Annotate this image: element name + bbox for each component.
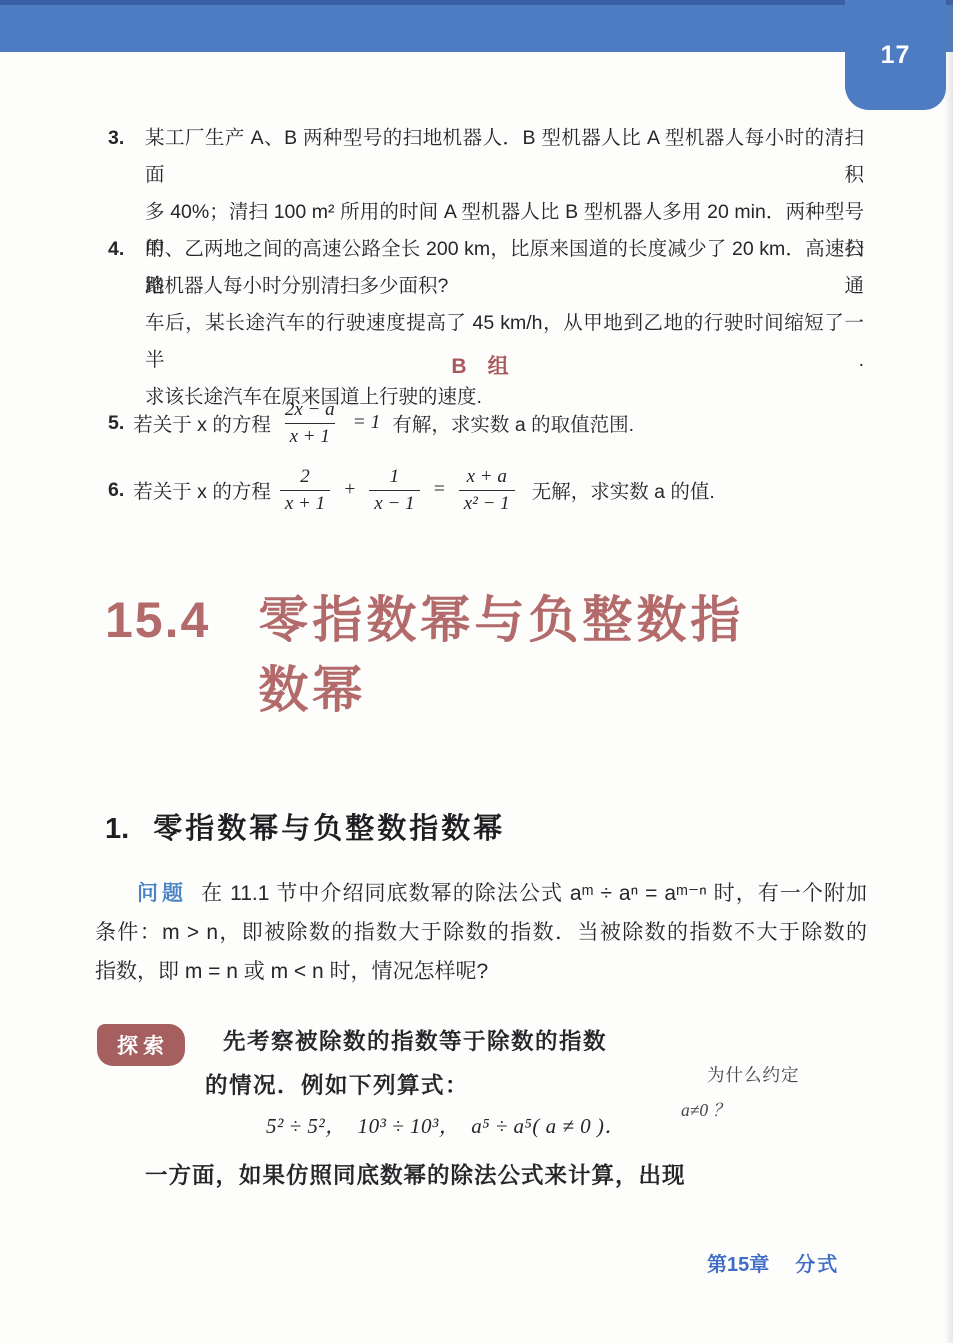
subsection-heading: 1. 零指数幂与负整数指数幂 [105,806,505,847]
problem-number: 3. [108,120,124,157]
fraction-denominator: x + 1 [280,490,330,517]
page-number-tab: 17 [845,0,946,110]
footer-chapter: 第15章 [707,1248,769,1277]
fraction-numerator: 2x − a [280,397,340,423]
margin-note-line1: 为什么约定 [681,1058,800,1093]
page-edge-shade [944,0,953,1343]
section-title: 零指数幂与负整数指 数幂 [258,585,744,725]
example-expressions: 5² ÷ 5²， 10³ ÷ 10³， a⁵ ÷ a⁵( a ≠ 0 )． [266,1110,626,1140]
text-line: 某工厂生产 A、B 两种型号的扫地机器人．B 型机器人比 A 型机器人每小时的清… [145,120,864,194]
question-line-1: 问题在 11.1 节中介绍同底数幂的除法公式 aᵐ ÷ aⁿ = aᵐ⁻ⁿ 时，… [95,874,867,913]
problem-4: 4. 甲、乙两地之间的高速公路全长 200 km，比原来国道的长度减少了 20 … [108,231,864,416]
fraction-denominator: x + 1 [285,423,335,450]
section-title-line1: 零指数幂与负整数指 [258,585,744,655]
problem-text: 甲、乙两地之间的高速公路全长 200 km，比原来国道的长度减少了 20 km．… [145,231,864,416]
problem-6: 6. 若关于 x 的方程 2 x + 1 + 1 x − 1 = x + a x… [108,458,715,522]
explore-line-1: 先考察被除数的指数等于除数的指数 [95,1020,755,1064]
equals-operator: = [433,479,446,501]
page-number: 17 [881,41,911,70]
equation-prefix: 若关于 x 的方程 [133,409,271,437]
explore-block: 探索 先考察被除数的指数等于除数的指数 的情况．例如下列算式： [95,1020,755,1108]
group-b-heading: B 组 [95,350,865,380]
fraction: 1 x − 1 [369,464,419,517]
problem-5: 5. 若关于 x 的方程 2x − a x + 1 = 1 有解，求实数 a 的… [108,394,634,452]
fraction: 2x − a x + 1 [280,397,340,450]
subsection-title: 零指数幂与负整数指数幂 [153,813,505,845]
section-heading: 15.4 零指数幂与负整数指 数幂 [105,585,744,725]
text-line: 甲、乙两地之间的高速公路全长 200 km，比原来国道的长度减少了 20 km．… [145,231,864,305]
explore-line-2: 的情况．例如下列算式： [95,1064,755,1108]
question-line-2: 条件：m > n，即被除数的指数大于除数的指数．当被除数的指数不大于除数的 [95,913,867,952]
problem-number: 5. [108,412,124,435]
equation-suffix: 有解，求实数 a 的取值范围. [392,409,634,437]
question-text: 在 11.1 节中介绍同底数幂的除法公式 aᵐ ÷ aⁿ = aᵐ⁻ⁿ 时，有一… [201,882,867,905]
closing-line: 一方面，如果仿照同底数幂的除法公式来计算，出现 [95,1158,867,1190]
question-line-3: 指数，即 m = n 或 m < n 时，情况怎样呢? [95,952,867,991]
fraction-numerator: x + a [462,464,512,490]
equation-suffix: 无解，求实数 a 的值. [532,476,715,504]
fraction-denominator: x² − 1 [459,490,515,517]
fraction: x + a x² − 1 [459,464,515,517]
problem-number: 4. [108,231,124,268]
fraction-numerator: 2 [295,464,315,490]
textbook-page: 17 3. 某工厂生产 A、B 两种型号的扫地机器人．B 型机器人比 A 型机器… [0,0,953,1343]
section-title-line2: 数幂 [258,655,744,725]
margin-note-line2: a≠0 ？ [681,1093,800,1128]
equation-prefix: 若关于 x 的方程 [133,476,271,504]
explore-badge: 探索 [97,1024,185,1066]
question-paragraph: 问题在 11.1 节中介绍同底数幂的除法公式 aᵐ ÷ aⁿ = aᵐ⁻ⁿ 时，… [95,874,867,991]
footer-title: 分式 [795,1248,839,1277]
subsection-number: 1. [105,813,129,845]
fraction: 2 x + 1 [280,464,330,517]
equation-rhs: = 1 [353,412,381,434]
page-footer: 第15章 分式 [707,1248,839,1277]
fraction-denominator: x − 1 [369,490,419,517]
plus-operator: + [343,479,356,501]
header-bar [0,0,953,52]
margin-note: 为什么约定 a≠0 ？ [681,1058,800,1128]
problem-number: 6. [108,479,124,502]
section-number: 15.4 [105,585,210,725]
fraction-numerator: 1 [385,464,405,490]
question-label: 问题 [137,882,187,905]
